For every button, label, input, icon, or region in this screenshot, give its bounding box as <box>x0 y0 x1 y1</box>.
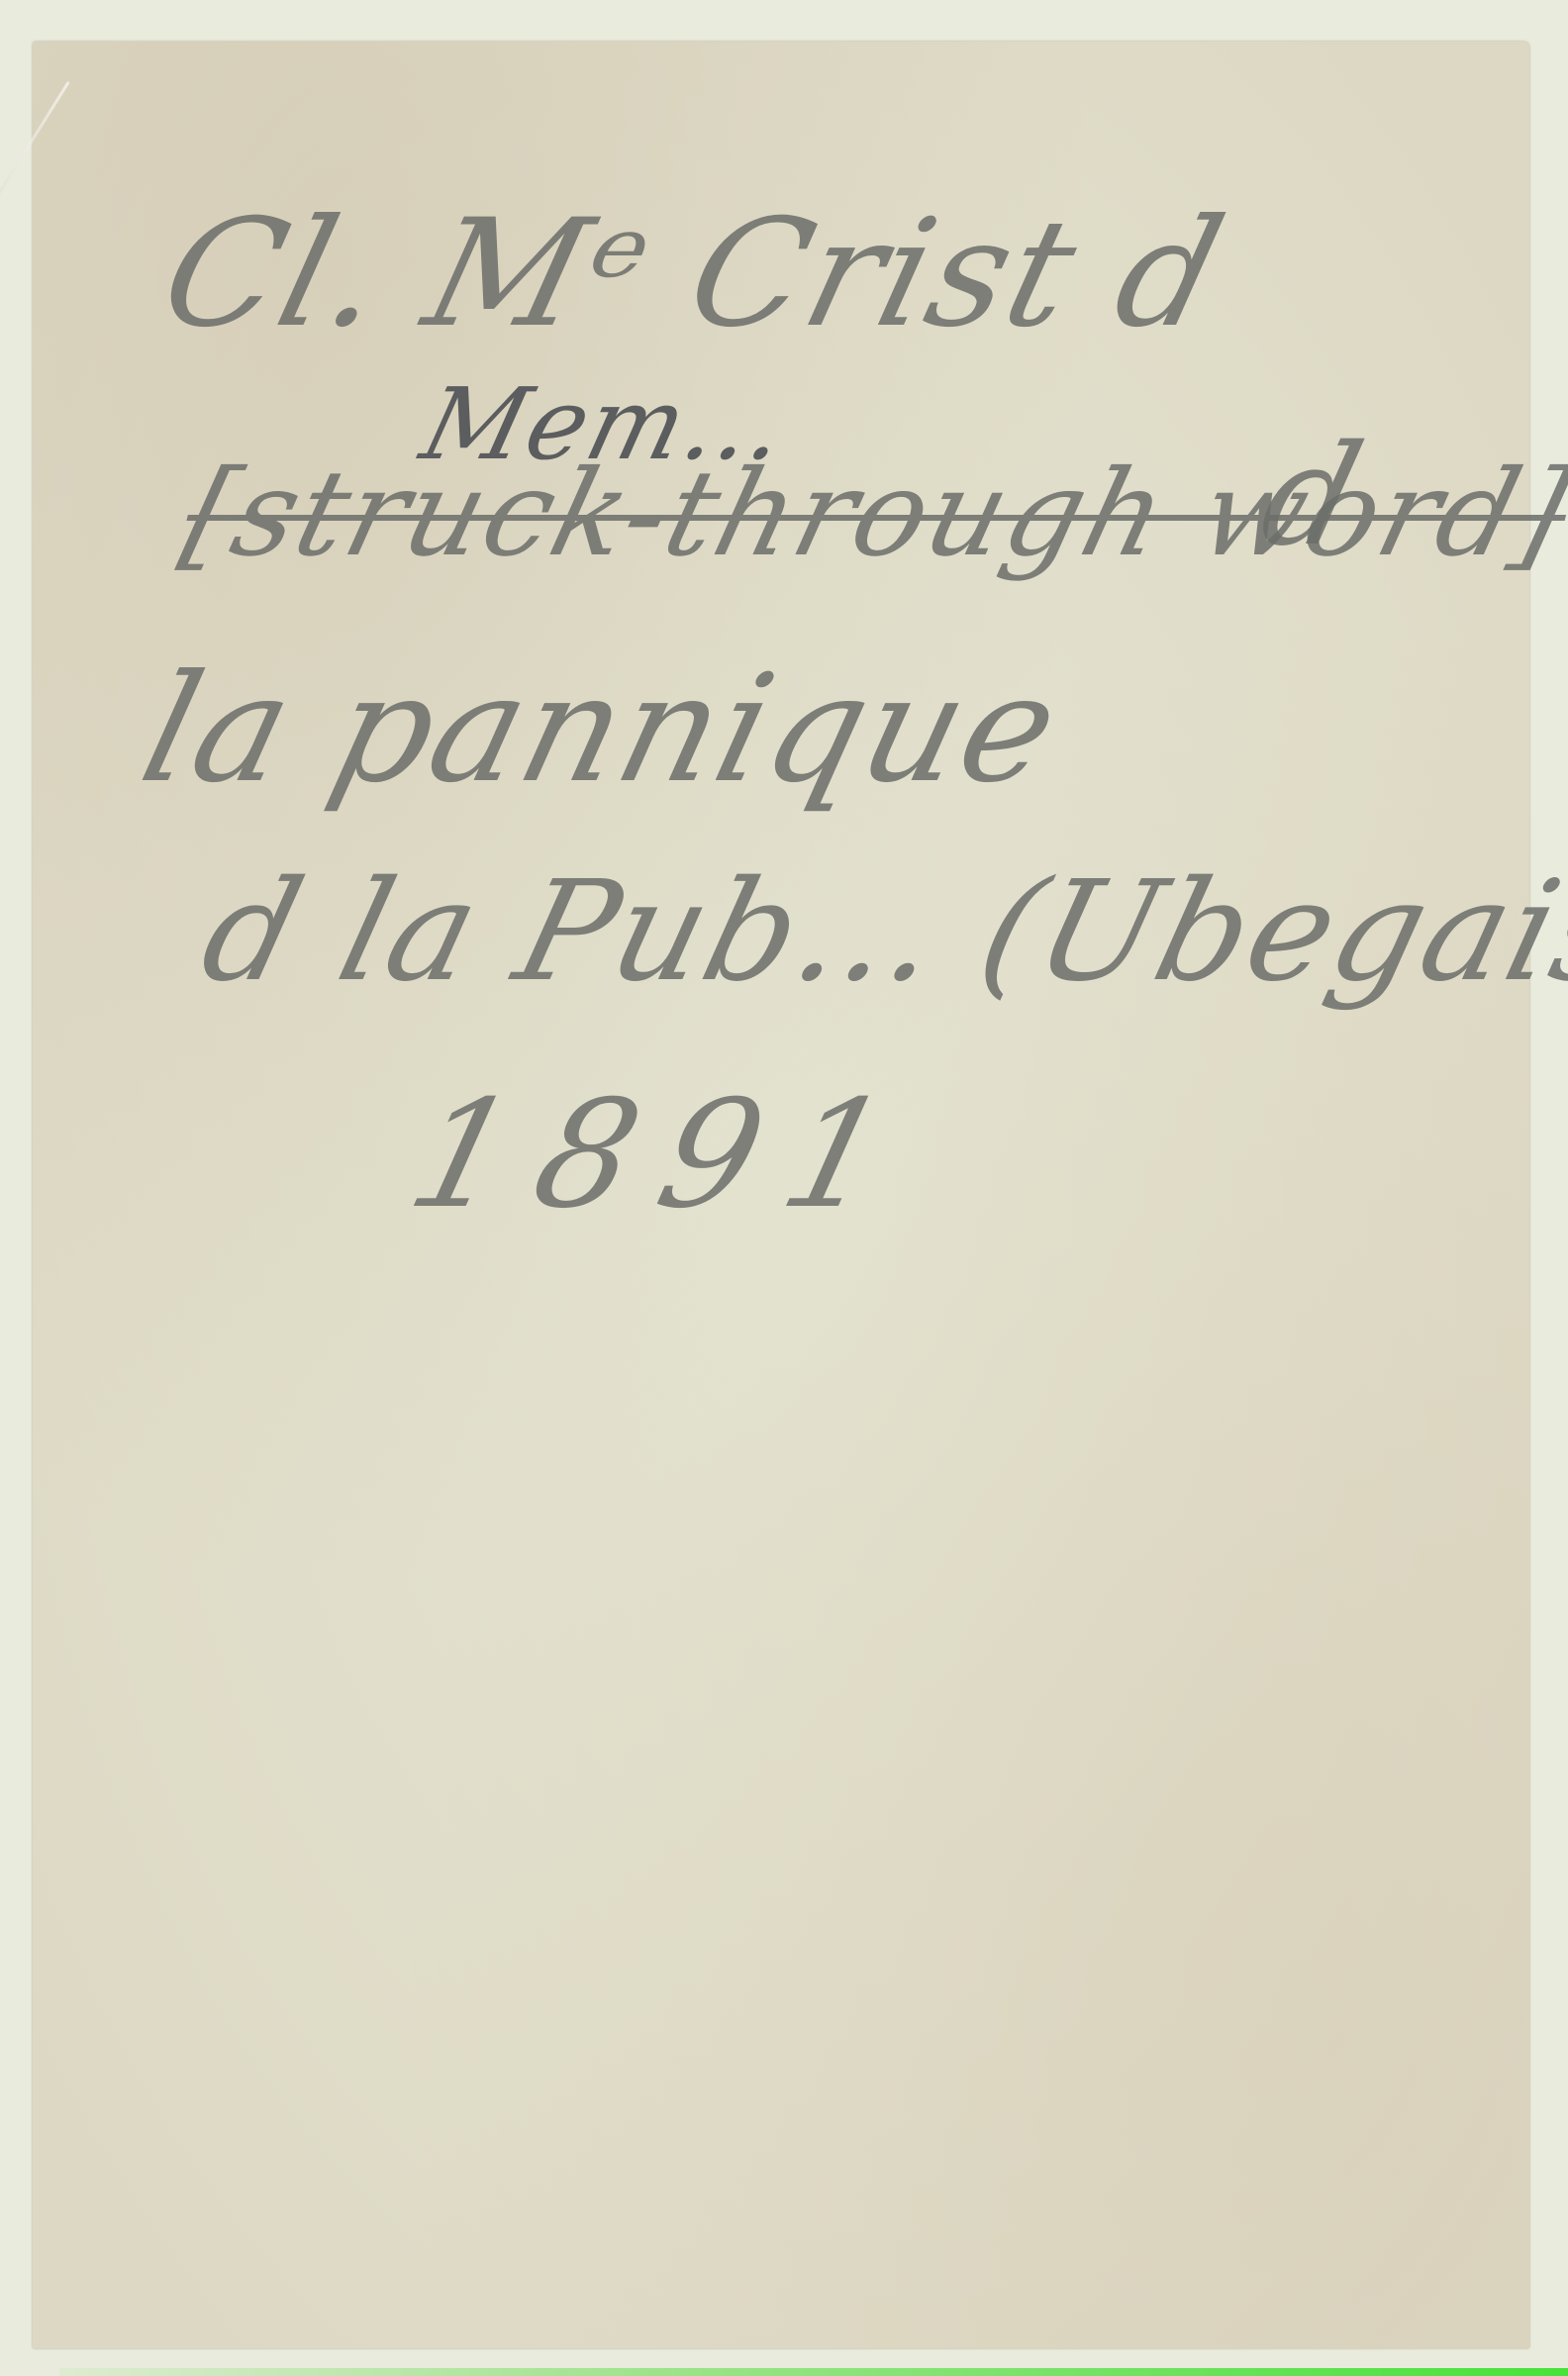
paper-crease <box>0 81 70 335</box>
loading-progress-bar <box>59 2368 1568 2376</box>
handwritten-line-4: d la Pub… (Ubegaise) <box>188 851 1568 1013</box>
handwritten-line-1: Cl. Mᵉ Crist d <box>147 188 1239 360</box>
handwritten-line-3: la pannique <box>127 643 1076 816</box>
handwritten-date: 1891 <box>394 1069 933 1241</box>
